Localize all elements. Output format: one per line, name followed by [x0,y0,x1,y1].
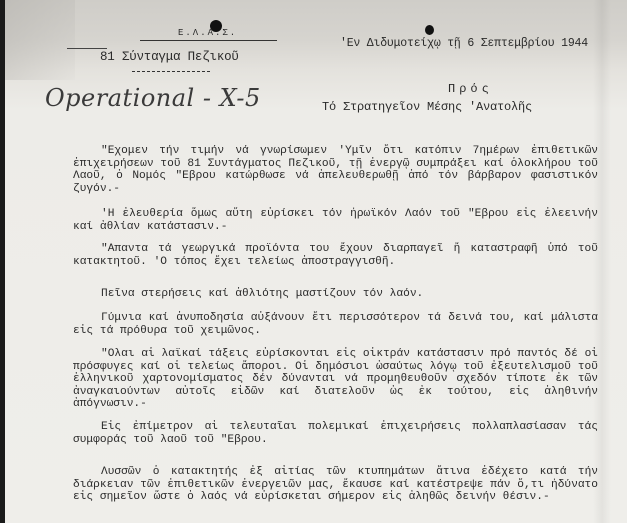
scan-right-margin [627,0,640,523]
paragraph-text: Εἰς ἐπίμετρον αἱ τελευταῖαι πολεμικαί ἐπ… [73,421,598,446]
recipient: Τό Στρατηγεῖον Μέσης 'Ανατολῆς [322,101,532,114]
paragraph-text: "Ολαι αἱ λαϊκαί τάξεις εὑρίσκονται εἰς ο… [73,348,598,410]
paragraph: "Εχομεν τήν τιμήν νά γνωρίσωμεν 'Υμῖν ὅτ… [73,145,598,195]
paragraph: Γύμνια καί ἀνυποδησία αὐξάνουν ἔτι περισ… [73,312,598,337]
place-date: 'Εν Διδυμοτείχῳ τῇ 6 Σεπτεμβρίου 1944 [340,38,588,51]
paragraph-text: 'Η ἐλευθερία ὅμως αὕτη εὑρίσκει τόν ἡρωϊ… [73,208,598,233]
unit-name: 81 Σύνταγμα Πεζικοῦ [100,51,239,64]
document-page: Ε.Λ.Α.Σ. 81 Σύνταγμα Πεζικοῦ 'Εν Διδυμοτ… [5,0,627,523]
paper-corner-fold [5,0,75,80]
punch-hole-icon [425,25,434,35]
paragraph: Λυσσῶν ὁ κατακτητής ἐξ αἰτίας τῶν κτυπημ… [73,466,598,504]
paragraph-text: Γύμνια καί ἀνυποδησία αὐξάνουν ἔτι περισ… [73,312,598,337]
paragraph: "Απαντα τά γεωργικά προϊόντα του ἔχουν δ… [73,243,598,268]
addressee-label: Πρός [448,83,493,96]
unit-underline [132,71,210,72]
organization-header: Ε.Λ.Α.Σ. [140,27,277,41]
paragraph-text: "Εχομεν τήν τιμήν νά γνωρίσωμεν 'Υμῖν ὅτ… [73,145,598,195]
paragraph: Πεῖνα στερήσεις καί ἀθλιότης μαστίζουν τ… [73,288,598,301]
paragraph-text: Λυσσῶν ὁ κατακτητής ἐξ αἰτίας τῶν κτυπημ… [73,466,598,503]
paragraph: 'Η ἐλευθερία ὅμως αὕτη εὑρίσκει τόν ἡρωϊ… [73,208,598,233]
header-rule [67,48,107,49]
paragraph-text: "Απαντα τά γεωργικά προϊόντα του ἔχουν δ… [73,243,598,268]
paragraph: "Ολαι αἱ λαϊκαί τάξεις εὑρίσκονται εἰς ο… [73,348,598,411]
paragraph: Εἰς ἐπίμετρον αἱ τελευταῖαι πολεμικαί ἐπ… [73,421,598,446]
handwritten-annotation: Operational - X-5 [45,84,261,112]
paragraph-text: Πεῖνα στερήσεις καί ἀθλιότης μαστίζουν τ… [101,288,423,300]
